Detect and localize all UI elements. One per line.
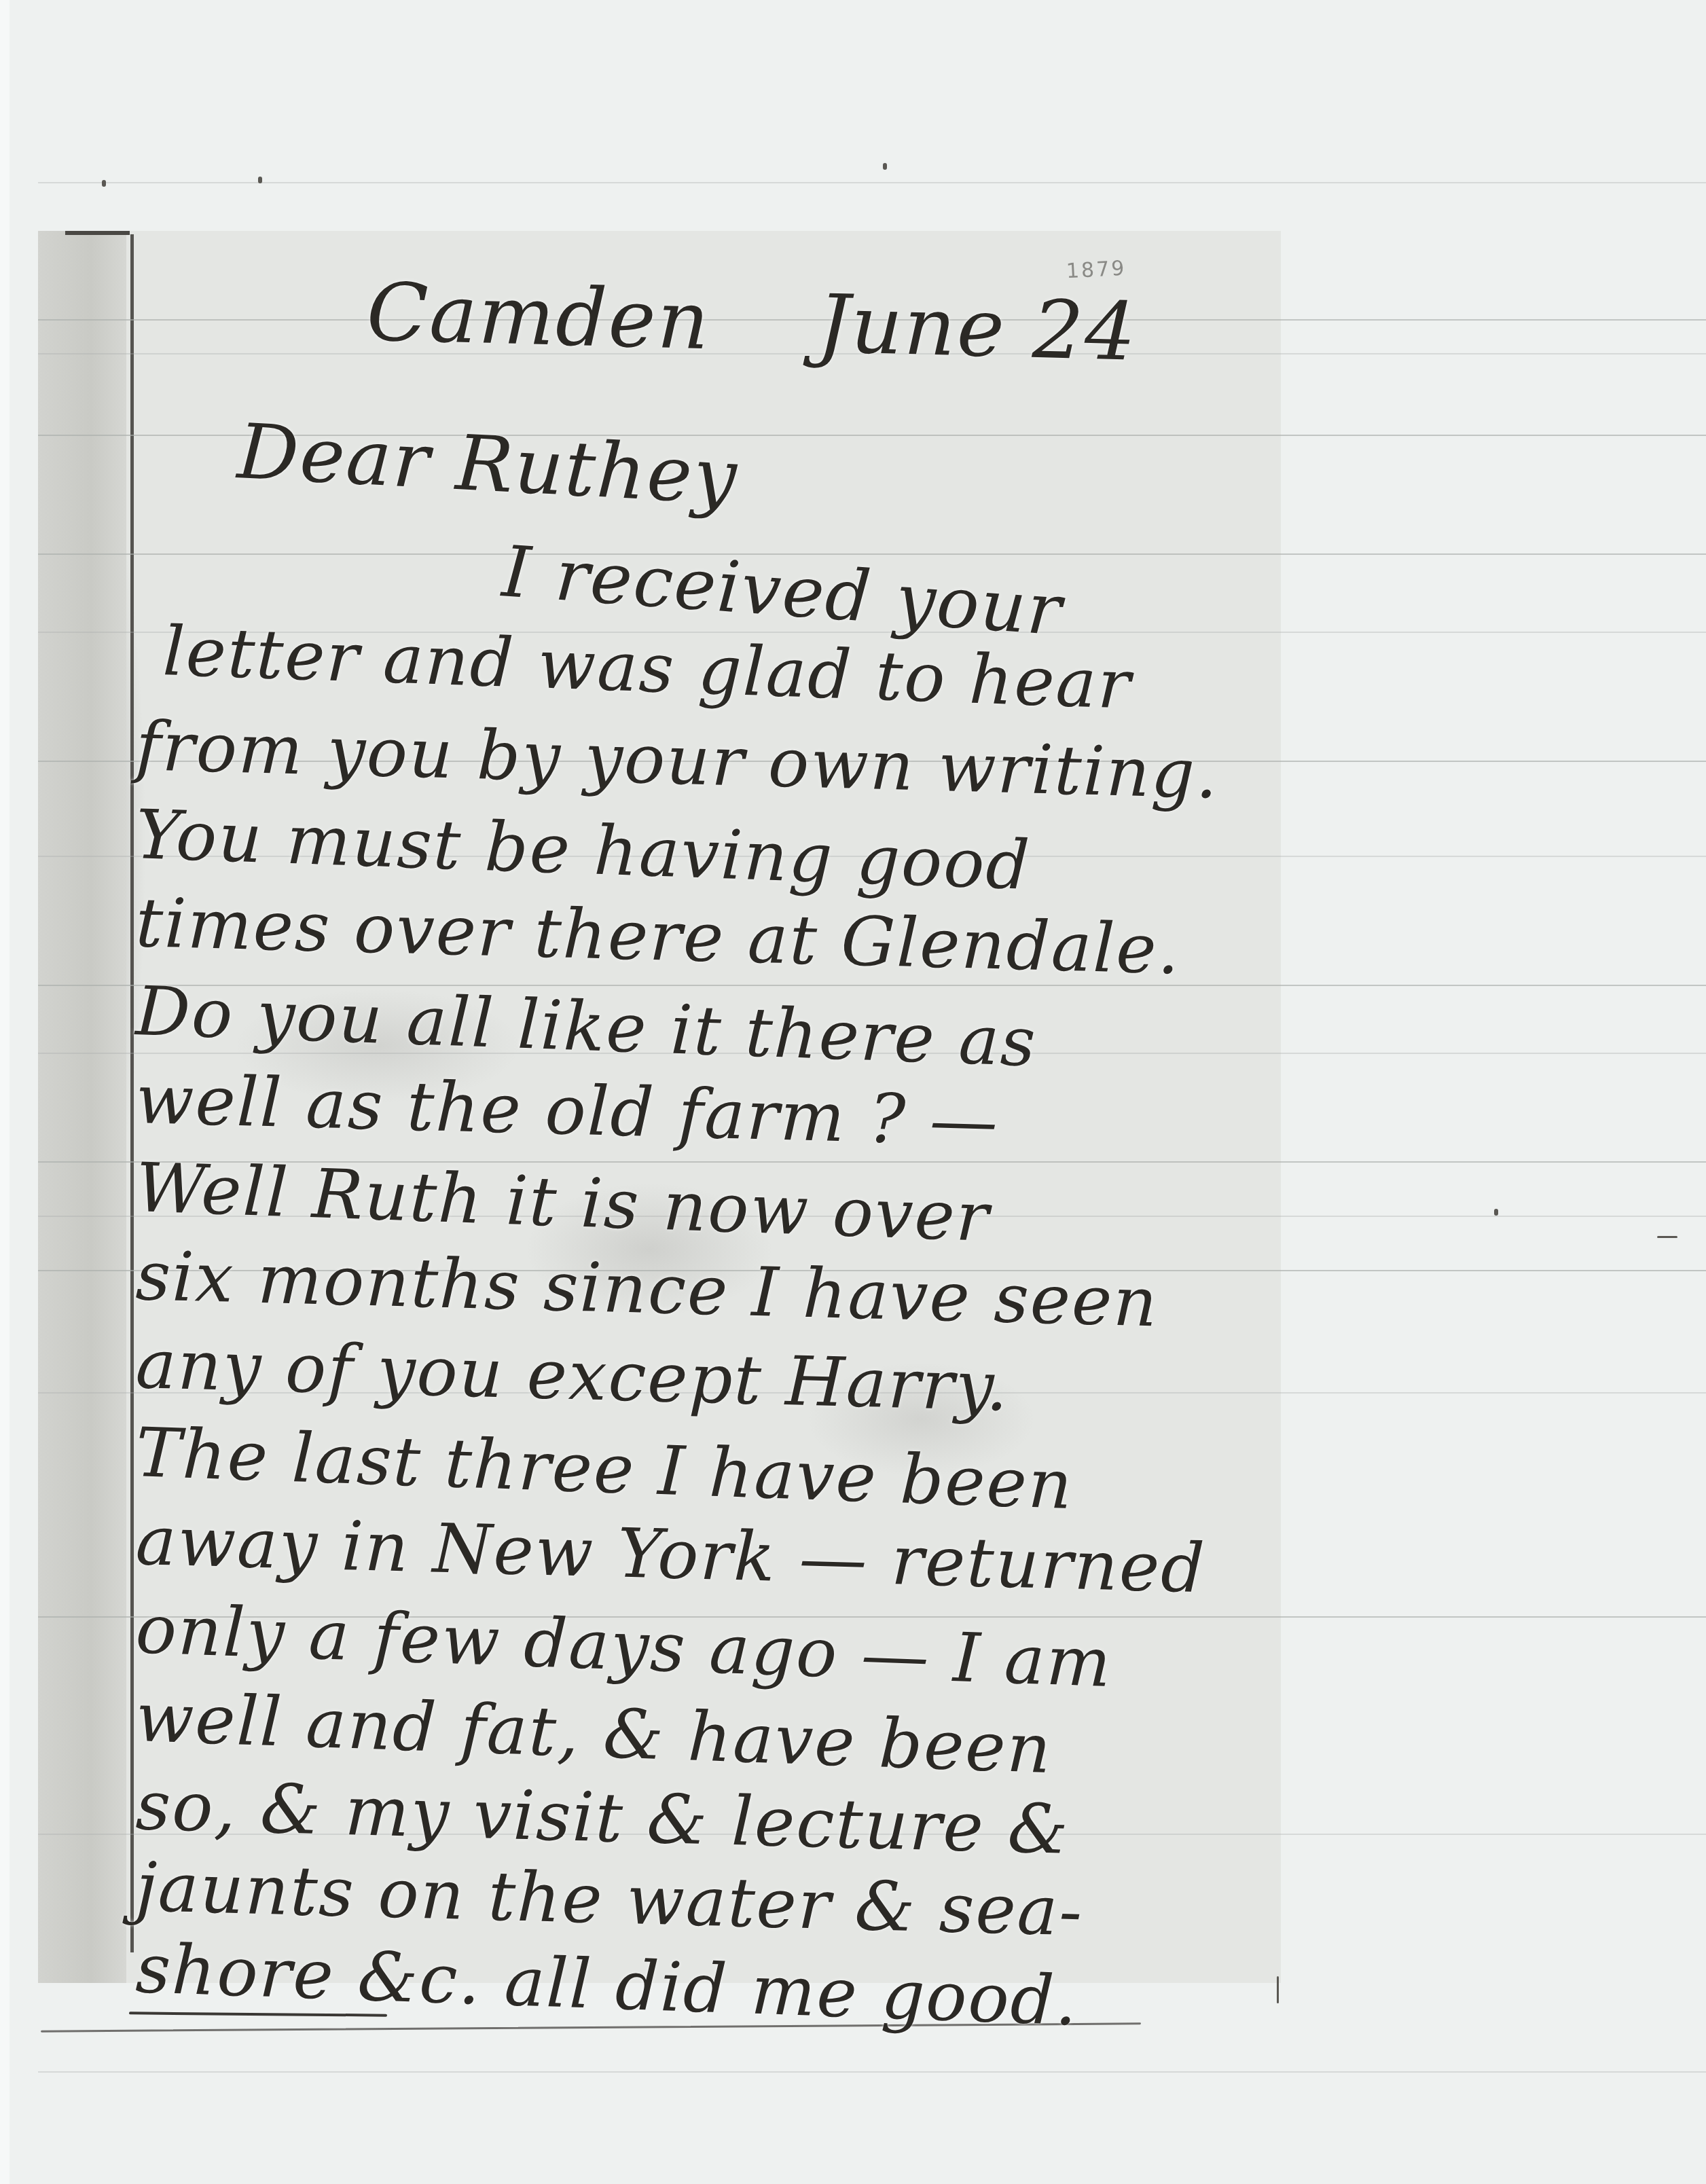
scan-speck — [1494, 1209, 1498, 1216]
letter-line: six months since I have seen — [134, 1236, 1159, 1342]
scan-speck — [102, 180, 106, 187]
scan-speck — [258, 177, 262, 183]
letter-content: Camden June 24 Dear Ruthey I received yo… — [0, 0, 1706, 2184]
letter-line: any of you except Harry. — [134, 1324, 1010, 1427]
letter-heading: Camden June 24 — [365, 265, 1138, 379]
salutation: Dear Ruthey — [236, 407, 740, 522]
heading-date: June 24 — [816, 276, 1138, 378]
letter-line: from you by your own writing. — [134, 706, 1220, 814]
heading-place: Camden — [365, 265, 711, 367]
scan-speck — [883, 163, 887, 170]
scan-speck — [1657, 1236, 1677, 1238]
scan-speck — [1277, 1976, 1279, 2003]
